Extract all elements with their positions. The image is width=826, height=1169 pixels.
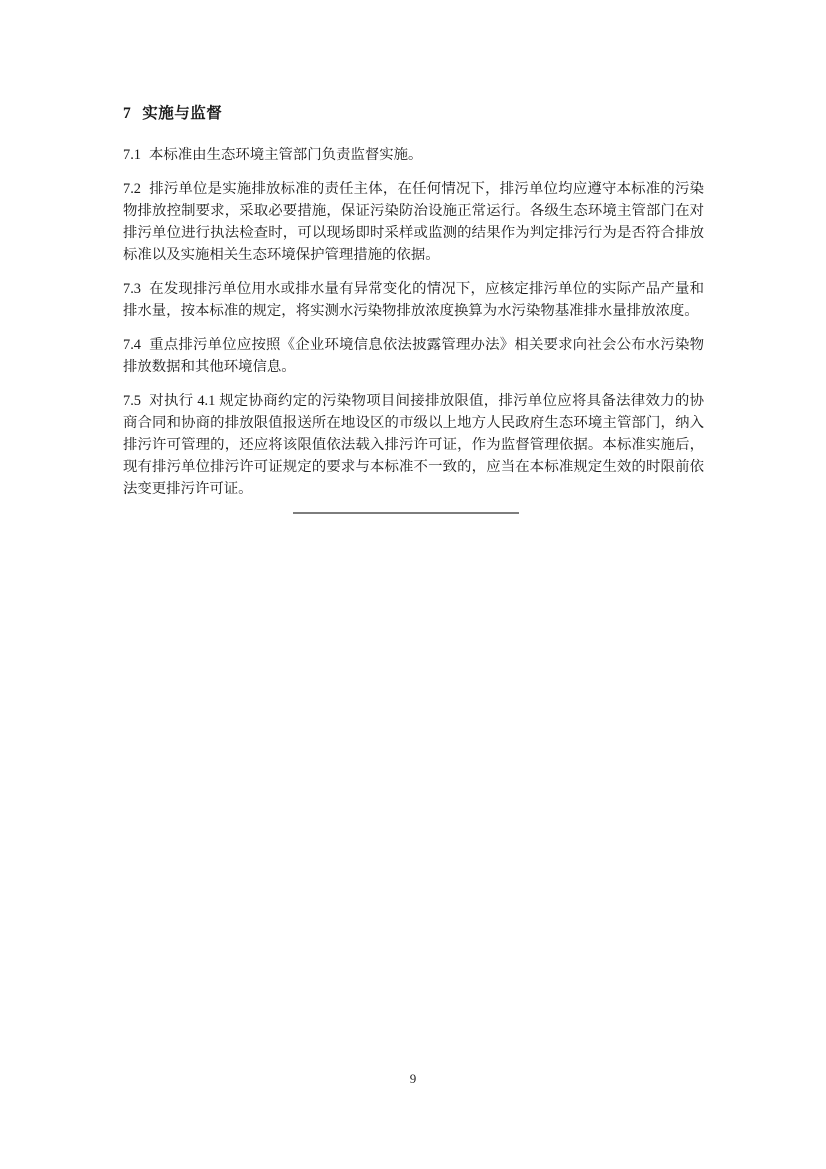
paragraph-number: 7.2: [123, 181, 141, 197]
section-heading: 7实施与监督: [123, 103, 704, 125]
paragraph-number: 7.1: [123, 147, 141, 163]
paragraph-number: 7.5: [123, 393, 141, 409]
paragraph-text: 对执行 4.1 规定协商约定的污染物项目间接排放限值，排污单位应将具备法律效力的…: [123, 393, 704, 497]
paragraph-text: 本标准由生态环境主管部门负责监督实施。: [149, 147, 422, 163]
paragraph-text: 在发现排污单位用水或排水量有异常变化的情况下，应核定排污单位的实际产品产量和排水…: [123, 281, 704, 319]
paragraph-7-1: 7.1本标准由生态环境主管部门负责监督实施。: [123, 144, 704, 166]
paragraph-7-5: 7.5对执行 4.1 规定协商约定的污染物项目间接排放限值，排污单位应将具备法律…: [123, 390, 704, 500]
paragraph-7-3: 7.3在发现排污单位用水或排水量有异常变化的情况下，应核定排污单位的实际产品产量…: [123, 278, 704, 322]
end-of-document-divider: [293, 512, 519, 514]
paragraph-7-2: 7.2排污单位是实施排放标准的责任主体，在任何情况下，排污单位均应遵守本标准的污…: [123, 178, 704, 266]
paragraph-text: 重点排污单位应按照《企业环境信息依法披露管理办法》相关要求向社会公布水污染物排放…: [123, 337, 704, 375]
paragraph-7-4: 7.4重点排污单位应按照《企业环境信息依法披露管理办法》相关要求向社会公布水污染…: [123, 334, 704, 378]
document-content: 7实施与监督 7.1本标准由生态环境主管部门负责监督实施。 7.2排污单位是实施…: [123, 103, 704, 514]
paragraph-text: 排污单位是实施排放标准的责任主体，在任何情况下，排污单位均应遵守本标准的污染物排…: [123, 181, 704, 263]
paragraph-number: 7.3: [123, 281, 141, 297]
section-heading-title: 实施与监督: [142, 105, 222, 122]
section-heading-number: 7: [123, 105, 131, 122]
page-number: 9: [0, 1071, 826, 1087]
paragraph-number: 7.4: [123, 337, 141, 353]
document-page: 7实施与监督 7.1本标准由生态环境主管部门负责监督实施。 7.2排污单位是实施…: [0, 0, 826, 1169]
